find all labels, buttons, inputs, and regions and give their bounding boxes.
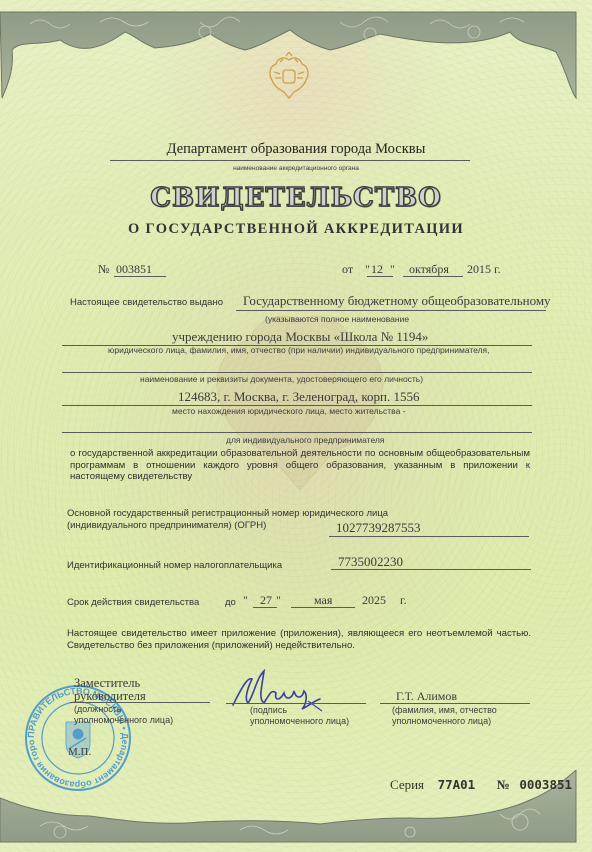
validity-close-quote: " [276,593,281,608]
ogrn-label-line2: (индивидуального предпринимателя) (ОГРН) [67,520,266,531]
validity-year-suffix: г. [400,593,407,608]
validity-until-prefix: до [225,597,236,608]
registration-number-underline [114,276,166,277]
appendix-note: Настоящее свидетельство имеет приложение… [67,628,531,651]
ogrn-label-line1: Основной государственный регистрационный… [67,508,388,519]
issued-to-caption1: (указываются полное наименование [265,314,409,324]
series-value: 77А01 [438,777,476,792]
authority-caption: наименование аккредитационного органа [0,165,592,172]
name-caption2: уполномоченного лица) [392,716,491,726]
validity-day: 27 [260,593,272,608]
ogrn-value: 1027739287553 [336,520,421,536]
document-title: СВИДЕТЕЛЬСТВО [0,183,592,213]
inn-label: Идентификационный номер налогоплательщик… [67,560,282,571]
issued-to-address: 124683, г. Москва, г. Зеленоград, корп. … [178,389,419,405]
coat-of-arms-emblem [266,52,312,102]
seal-place-label: М.П. [68,746,91,758]
ogrn-underline [329,536,529,537]
signatory-name: Г.Т. Алимов [396,689,457,704]
inn-underline [331,569,531,570]
position-caption1: (должность [74,704,122,714]
name-caption1: (фамилия, имя, отчество [392,705,497,715]
issuing-authority: Департамент образования города Москвы [0,141,592,158]
date-month: октября [409,262,449,277]
validity-month: мая [314,593,332,608]
signature-caption1: (подпись [250,705,287,715]
signature-underline [226,703,366,704]
validity-open-quote: " [243,593,248,608]
issued-to-blank-line [62,372,532,373]
inn-value: 7735002230 [338,554,403,570]
blank-number-prefix: № [497,777,510,792]
date-open-quote: " [365,262,370,277]
issued-to-caption2: юридического лица, фамилия, имя, отчеств… [108,345,490,355]
registration-number: 003851 [116,262,152,277]
validity-day-underline [253,607,277,608]
purpose-text: о государственной аккредитации образоват… [70,448,530,483]
issued-to-caption3: наименование и реквизиты документа, удос… [140,374,423,384]
date-day-underline [367,276,393,277]
registration-number-prefix: № [98,262,109,277]
issued-to-label: Настоящее свидетельство выдано [70,297,223,308]
name-underline [380,703,530,704]
position-caption2: уполномоченного лица) [74,715,173,725]
blank-series-number: Серия 77А01 № 0003851 [390,777,572,793]
date-year: 2015 г. [467,262,501,277]
signature-caption2: уполномоченного лица) [250,716,349,726]
date-day: 12 [371,262,383,277]
validity-year: 2025 [362,593,386,608]
date-month-underline [403,276,463,277]
blank-number-value: 0003851 [519,777,572,792]
series-label: Серия [390,777,424,792]
position-underline [70,702,210,703]
date-prefix: от [342,262,353,277]
issued-to-line1-underline [236,310,546,311]
issued-to-line2: учреждению города Москвы «Школа № 1194» [172,329,428,345]
address-blank-line [62,432,532,433]
validity-label: Срок действия свидетельства [67,597,199,608]
issued-to-caption4: место нахождения юридического лица, мест… [172,406,405,416]
authority-underline [110,160,470,161]
document-subtitle: О ГОСУДАРСТВЕННОЙ АККРЕДИТАЦИИ [0,221,592,238]
issued-to-line1: Государственному бюджетному общеобразова… [243,293,551,309]
issued-to-caption5: для индивидуального предпринимателя [226,435,385,445]
validity-month-underline [291,607,355,608]
date-close-quote: " [390,262,395,277]
